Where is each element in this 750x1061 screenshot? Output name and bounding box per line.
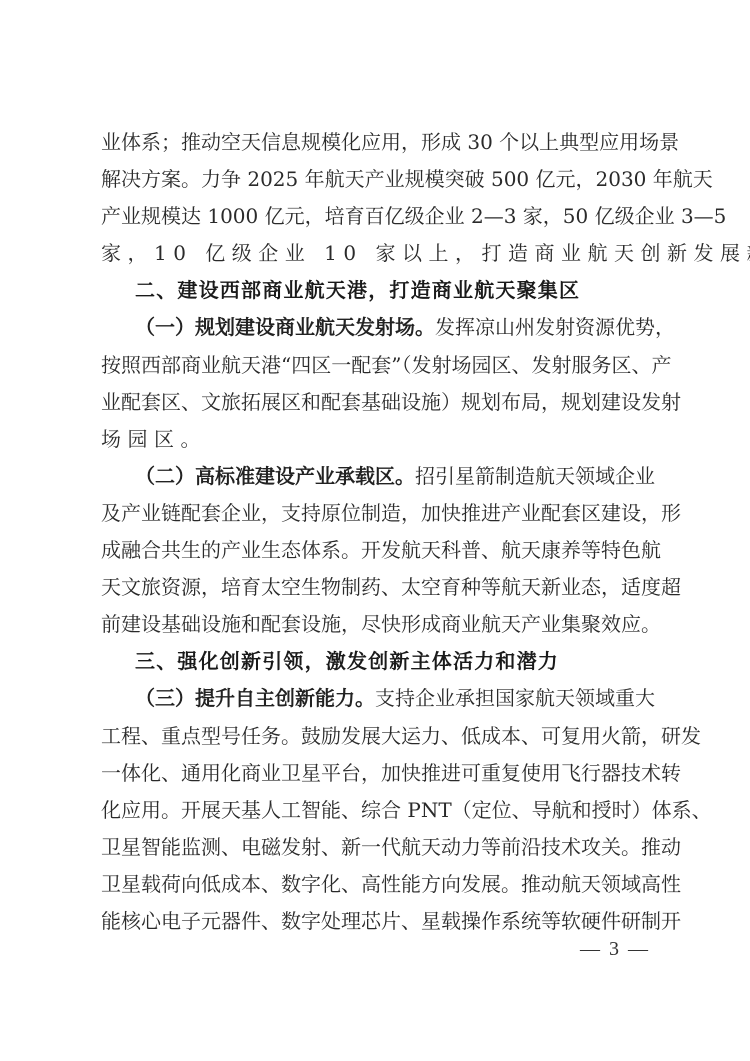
- item-first-line: （二）高标准建设产业承载区。招引星箭制造航天领域企业: [101, 458, 655, 495]
- body-text-line: 前建设基础设施和配套设施，尽快形成商业航天产业集聚效应。: [101, 606, 655, 643]
- page-number: — 3 —: [580, 938, 650, 961]
- item-lead: （三）提升自主创新能力。: [135, 686, 375, 710]
- item-text: 发挥凉山州发射资源优势，: [435, 315, 675, 339]
- document-page: 业体系；推动空天信息规模化应用，形成 30 个以上典型应用场景 解决方案。力争 …: [101, 124, 655, 940]
- body-text-line: 卫星载荷向低成本、数字化、高性能方向发展。推动航天领域高性: [101, 866, 655, 903]
- item-first-line: （一）规划建设商业航天发射场。发挥凉山州发射资源优势，: [101, 309, 655, 346]
- body-text-line: 一体化、通用化商业卫星平台，加快推进可重复使用飞行器技术转: [101, 755, 655, 792]
- item-first-line: （三）提升自主创新能力。支持企业承担国家航天领域重大: [101, 680, 655, 717]
- body-text-line: 业配套区、文旅拓展区和配套基础设施）规划布局，规划建设发射: [101, 384, 655, 421]
- item-text: 招引星箭制造航天领域企业: [415, 464, 655, 488]
- item-lead: （一）规划建设商业航天发射场。: [135, 315, 435, 339]
- body-text-line: 能核心电子元器件、数字处理芯片、星载操作系统等软硬件研制开: [101, 903, 655, 940]
- body-text-line: 产业规模达 1000 亿元，培育百亿级企业 2—3 家，50 亿级企业 3—5: [101, 198, 655, 235]
- section-heading: 三、强化创新引领，激发创新主体活力和潜力: [101, 643, 655, 680]
- body-text-line: 成融合共生的产业生态体系。开发航天科普、航天康养等特色航: [101, 532, 655, 569]
- body-text-line: 化应用。开展天基人工智能、综合 PNT（定位、导航和授时）体系、: [101, 792, 655, 829]
- body-text-line: 天文旅资源，培育太空生物制药、太空育种等航天新业态，适度超: [101, 569, 655, 606]
- body-text-line: 工程、重点型号任务。鼓励发展大运力、低成本、可复用火箭，研发: [101, 718, 655, 755]
- item-text: 支持企业承担国家航天领域重大: [375, 686, 655, 710]
- section-heading: 二、建设西部商业航天港，打造商业航天聚集区: [101, 272, 655, 309]
- item-lead: （二）高标准建设产业承载区。: [135, 464, 415, 488]
- body-text-line: 家，10 亿级企业 10 家以上，打造商业航天创新发展新高地。: [101, 235, 655, 272]
- body-text-line: 及产业链配套企业，支持原位制造，加快推进产业配套区建设，形: [101, 495, 655, 532]
- body-text-line: 场园区。: [101, 421, 655, 458]
- body-text-line: 按照西部商业航天港“四区一配套”（发射场园区、发射服务区、产: [101, 347, 655, 384]
- body-text-line: 业体系；推动空天信息规模化应用，形成 30 个以上典型应用场景: [101, 124, 655, 161]
- body-text-line: 解决方案。力争 2025 年航天产业规模突破 500 亿元，2030 年航天: [101, 161, 655, 198]
- body-text-line: 卫星智能监测、电磁发射、新一代航天动力等前沿技术攻关。推动: [101, 829, 655, 866]
